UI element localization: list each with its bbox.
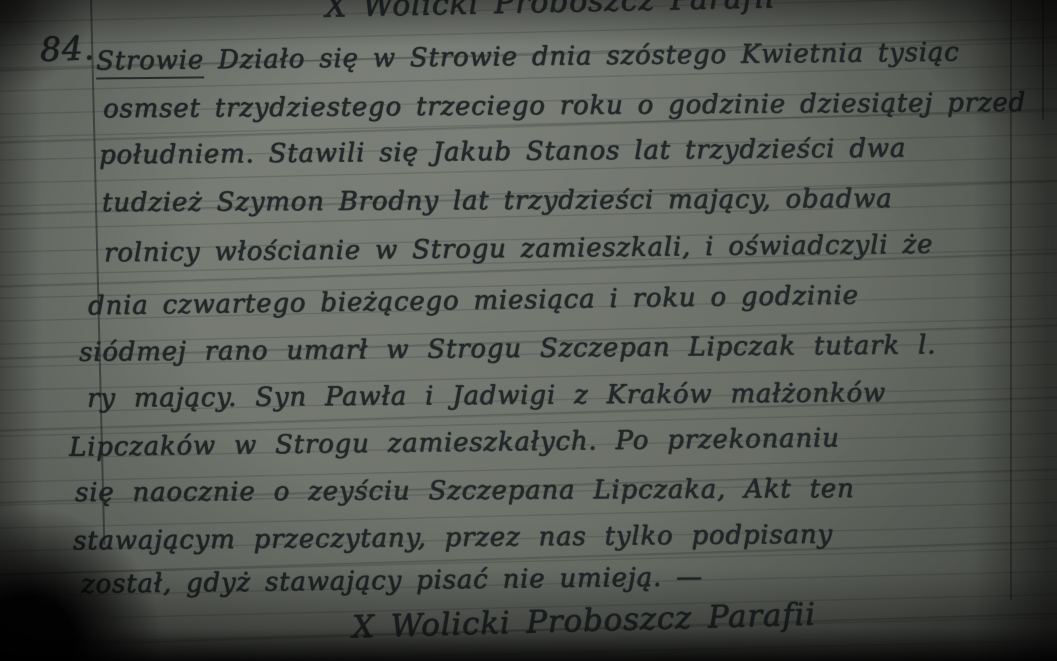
record-line: stawającym przeczytany, przez nas tylko … [73, 520, 833, 557]
record-line-text: Działo się w Strowie dnia szóstego Kwiet… [218, 37, 960, 75]
record-line: tudzież Szymon Brodny lat trzydzieści ma… [102, 184, 893, 218]
record-line: StrowieDziało się w Strowie dnia szósteg… [96, 37, 960, 76]
margin-rule [90, 0, 105, 545]
record-line: został, gdyż stawający pisać nie umieją.… [81, 562, 703, 600]
record-line: południem. Stawili się Jakub Stanos lat … [99, 133, 906, 170]
previous-entry-signature: X Wolicki Proboszcz Parafii [325, 0, 776, 23]
priest-signature: X Wolicki Proboszcz Parafii [352, 600, 817, 643]
record-line: dnia czwartego bieżącego miesiąca i roku… [88, 281, 859, 322]
record-line: Lipczaków w Strogu zamieszkałych. Po prz… [69, 423, 840, 462]
record-line: się naocznie o zeyściu Szczepana Lipczak… [75, 474, 855, 508]
record-line: ry mający. Syn Pawła i Jadwigi z Kraków … [87, 378, 886, 414]
place-heading: Strowie [96, 45, 204, 79]
record-line: osmset trzydziestego trzeciego roku o go… [103, 88, 1026, 124]
record-line: siódmej rano umarł w Strogu Szczepan Lip… [79, 330, 936, 367]
entry-number: 84. [39, 33, 95, 65]
record-line: rolnicy włościanie w Strogu zamieszkali,… [104, 230, 933, 269]
ledger-page-photo: X Wolicki Proboszcz Parafii 84. StrowieD… [0, 0, 1057, 661]
right-edge-rule [1042, 0, 1044, 120]
